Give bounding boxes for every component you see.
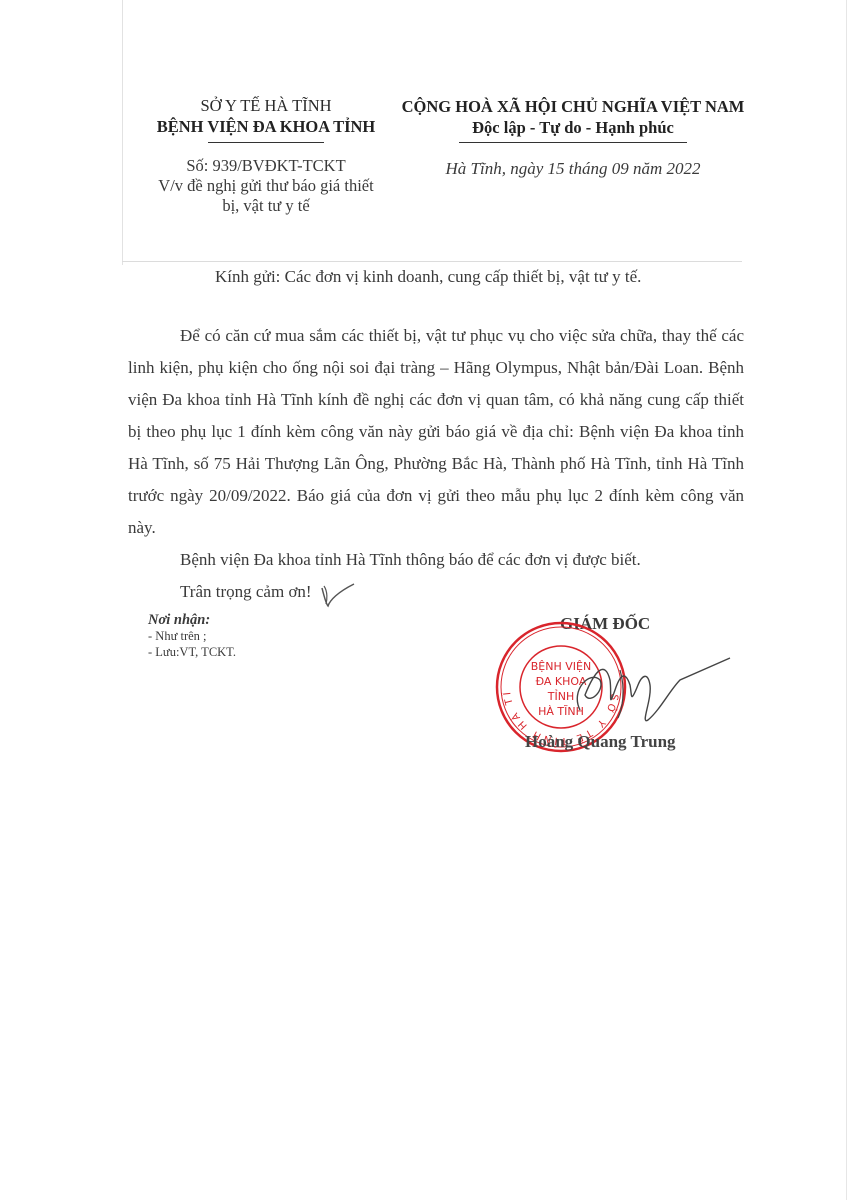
issuer-block: SỞ Y TẾ HÀ TĨNH BỆNH VIỆN ĐA KHOA TỈNH S… xyxy=(120,96,412,216)
body-paragraph: Để có căn cứ mua sắm các thiết bị, vật t… xyxy=(128,320,744,544)
letter-body: Để có căn cứ mua sắm các thiết bị, vật t… xyxy=(128,320,744,608)
national-header: CỘNG HOÀ XÃ HỘI CHỦ NGHĨA VIỆT NAM Độc l… xyxy=(380,96,766,180)
signer-name: Hoàng Quang Trung xyxy=(525,732,676,752)
header-divider xyxy=(122,261,742,262)
organization-name: BỆNH VIỆN ĐA KHOA TỈNH xyxy=(120,116,412,137)
document-number: Số: 939/BVĐKT-TCKT xyxy=(120,156,412,176)
initial-mark-icon xyxy=(318,582,358,610)
distribution-item: - Như trên ; xyxy=(148,628,236,644)
nation-title: CỘNG HOÀ XÃ HỘI CHỦ NGHĨA VIỆT NAM xyxy=(380,96,766,117)
place-date: Hà Tĩnh, ngày 15 tháng 09 năm 2022 xyxy=(380,158,766,180)
motto: Độc lập - Tự do - Hạnh phúc xyxy=(380,117,766,138)
agency-name: SỞ Y TẾ HÀ TĨNH xyxy=(120,96,412,116)
closing-line: Trân trọng cảm ơn! xyxy=(128,576,744,608)
signature-icon xyxy=(560,650,740,730)
body-paragraph: Bệnh viện Đa khoa tỉnh Hà Tĩnh thông báo… xyxy=(128,544,744,576)
distribution-item: - Lưu:VT, TCKT. xyxy=(148,644,236,660)
distribution-title: Nơi nhận: xyxy=(148,612,236,628)
recipient-line: Kính gửi: Các đơn vị kinh doanh, cung cấ… xyxy=(215,266,641,288)
motto-underline xyxy=(459,142,687,143)
subject-line-1: V/v đề nghị gửi thư báo giá thiết xyxy=(120,176,412,196)
distribution-list: Nơi nhận: - Như trên ; - Lưu:VT, TCKT. xyxy=(148,612,236,660)
scan-edge-line xyxy=(846,0,847,1200)
issuer-underline xyxy=(208,142,324,143)
subject-line-2: bị, vật tư y tế xyxy=(120,196,412,216)
